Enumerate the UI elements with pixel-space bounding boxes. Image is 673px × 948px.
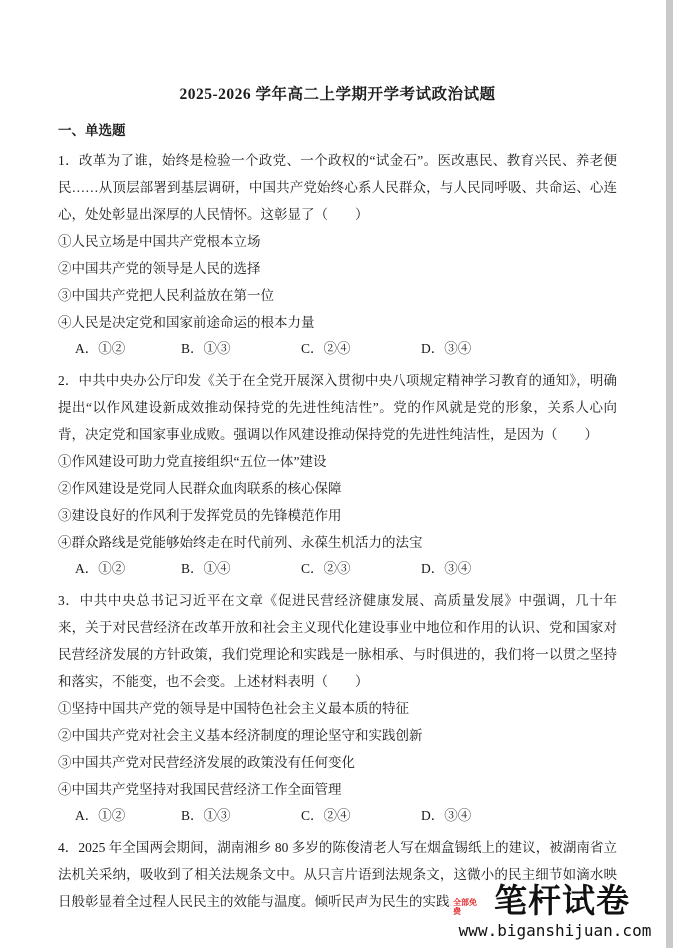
question-option: ②中国共产党对社会主义基本经济制度的理论坚守和实践创新 <box>58 722 617 749</box>
watermark: 全部免费 笔杆试卷 www.biganshijuan.com <box>451 884 659 942</box>
choice-b: B．①④ <box>181 556 301 582</box>
choice-c: C．②④ <box>301 803 421 829</box>
question-option: ③中国共产党把人民利益放在第一位 <box>58 282 617 309</box>
choice-c: C．②③ <box>301 556 421 582</box>
question-stem: 3．中共中央总书记习近平在文章《促进民营经济健康发展、高质量发展》中强调，几十年… <box>58 587 617 695</box>
choice-d: D．③④ <box>421 803 471 829</box>
question-stem: 2．中共中央办公厅印发《关于在全党开展深入贯彻中央八项规定精神学习教育的通知》，… <box>58 367 617 448</box>
question-option: ①人民立场是中国共产党根本立场 <box>58 228 617 255</box>
choice-b: B．①③ <box>181 336 301 362</box>
choice-d: D．③④ <box>421 556 471 582</box>
section-heading: 一、单选题 <box>58 120 617 142</box>
question-option: ②中国共产党的领导是人民的选择 <box>58 255 617 282</box>
question-option: ③建设良好的作风利于发挥党员的先锋模范作用 <box>58 502 617 529</box>
question-1: 1．改革为了谁，始终是检验一个政党、一个政权的“试金石”。医改惠民、教育兴民、养… <box>58 147 617 362</box>
question-option: ④群众路线是党能够始终走在时代前列、永葆生机活力的法宝 <box>58 529 617 556</box>
watermark-url: www.biganshijuan.com <box>451 920 659 942</box>
choice-d: D．③④ <box>421 336 471 362</box>
question-2: 2．中共中央办公厅印发《关于在全党开展深入贯彻中央八项规定精神学习教育的通知》，… <box>58 367 617 582</box>
choice-c: C．②④ <box>301 336 421 362</box>
question-option: ④人民是决定党和国家前途命运的根本力量 <box>58 309 617 336</box>
question-stem: 1．改革为了谁，始终是检验一个政党、一个政权的“试金石”。医改惠民、教育兴民、养… <box>58 147 617 228</box>
watermark-free-badge: 全部免费 <box>453 898 483 916</box>
document-content: 2025-2026 学年高二上学期开学考试政治试题 一、单选题 1．改革为了谁，… <box>58 84 617 915</box>
choice-a: A．①② <box>75 556 181 582</box>
question-option: ④中国共产党坚持对我国民营经济工作全面管理 <box>58 776 617 803</box>
answer-choices-row: A．①② B．①③ C．②④ D．③④ <box>58 336 617 362</box>
choice-b: B．①③ <box>181 803 301 829</box>
question-3: 3．中共中央总书记习近平在文章《促进民营经济健康发展、高质量发展》中强调，几十年… <box>58 587 617 829</box>
scrollbar[interactable] <box>666 0 673 948</box>
question-option: ①坚持中国共产党的领导是中国特色社会主义最本质的特征 <box>58 695 617 722</box>
answer-choices-row: A．①② B．①④ C．②③ D．③④ <box>58 556 617 582</box>
question-option: ③中国共产党对民营经济发展的政策没有任何变化 <box>58 749 617 776</box>
exam-document-page: 2025-2026 学年高二上学期开学考试政治试题 一、单选题 1．改革为了谁，… <box>0 0 673 948</box>
choice-a: A．①② <box>75 803 181 829</box>
question-option: ②作风建设是党同人民群众血肉联系的核心保障 <box>58 475 617 502</box>
page-title: 2025-2026 学年高二上学期开学考试政治试题 <box>58 84 617 106</box>
question-option: ①作风建设可助力党直接组织“五位一体”建设 <box>58 448 617 475</box>
answer-choices-row: A．①② B．①③ C．②④ D．③④ <box>58 803 617 829</box>
choice-a: A．①② <box>75 336 181 362</box>
